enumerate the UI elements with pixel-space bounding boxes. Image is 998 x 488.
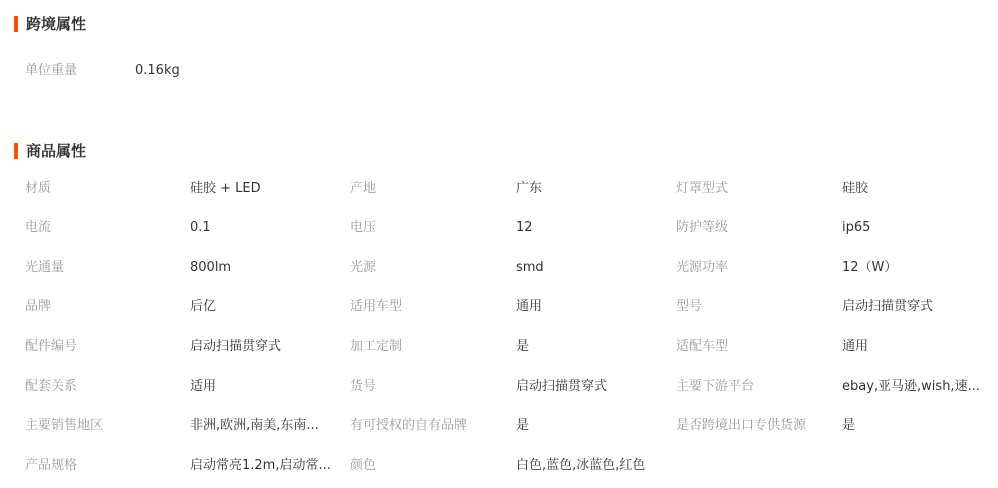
attr-value: 启动扫描贯穿式 <box>190 337 281 357</box>
attr-value: 是 <box>516 416 529 436</box>
attr-value: 是 <box>842 416 855 436</box>
attr-value: 白色,蓝色,冰蓝色,红色 <box>516 456 645 476</box>
attr-label: 颜色 <box>350 456 376 476</box>
attr-value: 硅胶 + LED <box>190 179 261 199</box>
attr-label: 光通量 <box>25 258 64 278</box>
accent-bar <box>14 16 18 32</box>
attr-value: 通用 <box>516 297 542 317</box>
attr-label: 品牌 <box>25 297 51 317</box>
attr-label: 防护等级 <box>676 218 728 238</box>
attr-label: 配套关系 <box>25 377 77 397</box>
attr-value-unit-weight: 0.16kg <box>135 61 180 81</box>
attr-label: 适用车型 <box>350 297 402 317</box>
section-title-text: 商品属性 <box>26 142 86 160</box>
attr-value: 0.1 <box>190 218 211 238</box>
attr-label: 是否跨境出口专供货源 <box>676 416 806 436</box>
attr-label: 货号 <box>350 377 376 397</box>
attr-row: 电流 0.1 电压 12 防护等级 ip65 <box>0 218 998 238</box>
attr-value: ebay,亚马逊,wish,速... <box>842 377 980 397</box>
attr-label-unit-weight: 单位重量 <box>25 61 77 81</box>
attr-value: 后亿 <box>190 297 216 317</box>
accent-bar <box>14 143 18 159</box>
attr-label: 产地 <box>350 179 376 199</box>
attr-value: 启动扫描贯穿式 <box>516 377 607 397</box>
attr-row: 材质 硅胶 + LED 产地 广东 灯罩型式 硅胶 <box>0 179 998 199</box>
section-title-cross-border: 跨境属性 <box>14 15 86 33</box>
attr-row: 主要销售地区 非洲,欧洲,南美,东南... 有可授权的自有品牌 是 是否跨境出口… <box>0 416 998 436</box>
attr-value: 硅胶 <box>842 179 868 199</box>
attr-label: 电压 <box>350 218 376 238</box>
attr-value: 广东 <box>516 179 542 199</box>
attr-row: 产品规格 启动常亮1.2m,启动常... 颜色 白色,蓝色,冰蓝色,红色 <box>0 456 998 476</box>
attr-value: 通用 <box>842 337 868 357</box>
attr-row: 光通量 800lm 光源 smd 光源功率 12（W） <box>0 258 998 278</box>
attr-label: 电流 <box>25 218 51 238</box>
attr-value: 800lm <box>190 258 231 278</box>
attr-label: 产品规格 <box>25 456 77 476</box>
attr-label: 配件编号 <box>25 337 77 357</box>
section-title-product-attrs: 商品属性 <box>14 142 86 160</box>
attr-value: 12（W） <box>842 258 897 278</box>
attr-value: 非洲,欧洲,南美,东南... <box>190 416 319 436</box>
attr-row: 单位重量 0.16kg <box>0 61 998 81</box>
attr-value: 12 <box>516 218 533 238</box>
attr-label: 光源 <box>350 258 376 278</box>
attr-label: 加工定制 <box>350 337 402 357</box>
attr-row: 配套关系 适用 货号 启动扫描贯穿式 主要下游平台 ebay,亚马逊,wish,… <box>0 377 998 397</box>
attr-label: 灯罩型式 <box>676 179 728 199</box>
attr-value: 是 <box>516 337 529 357</box>
attr-value: ip65 <box>842 218 870 238</box>
attr-label: 主要下游平台 <box>676 377 754 397</box>
section-title-text: 跨境属性 <box>26 15 86 33</box>
attr-label: 有可授权的自有品牌 <box>350 416 467 436</box>
attr-label: 适配车型 <box>676 337 728 357</box>
attr-label: 主要销售地区 <box>25 416 103 436</box>
attr-label: 光源功率 <box>676 258 728 278</box>
attr-value: 启动扫描贯穿式 <box>842 297 933 317</box>
attr-row: 配件编号 启动扫描贯穿式 加工定制 是 适配车型 通用 <box>0 337 998 357</box>
attr-value: 启动常亮1.2m,启动常... <box>190 456 331 476</box>
attr-label: 型号 <box>676 297 702 317</box>
attr-label: 材质 <box>25 179 51 199</box>
attr-value: smd <box>516 258 544 278</box>
attr-value: 适用 <box>190 377 216 397</box>
attr-row: 品牌 后亿 适用车型 通用 型号 启动扫描贯穿式 <box>0 297 998 317</box>
